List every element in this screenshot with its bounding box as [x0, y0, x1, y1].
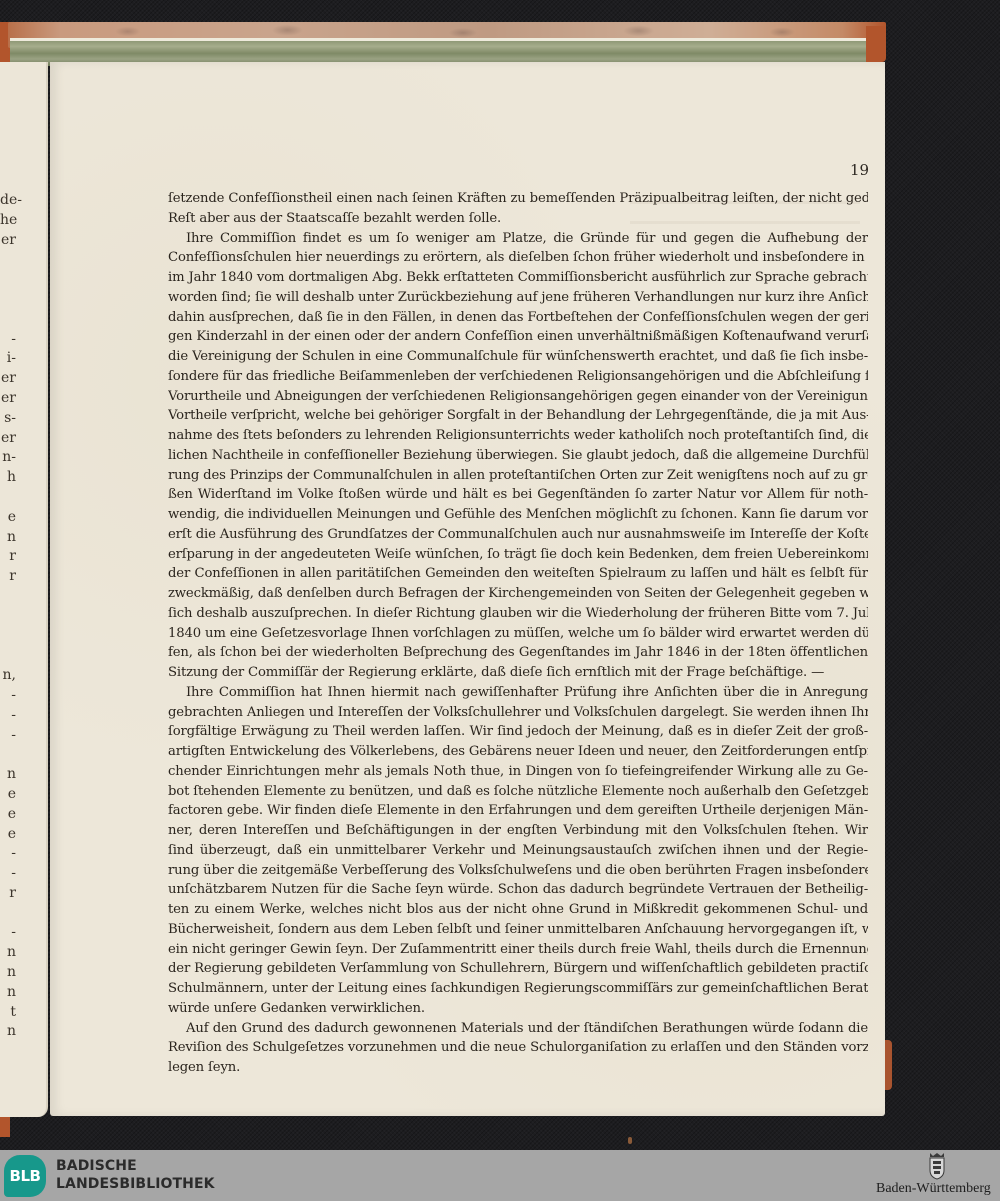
text-line: erſparung in der angedeuteten Weiſe wünſ… — [168, 545, 868, 565]
text-line: gen Kinderzahl in der einen oder der and… — [168, 327, 868, 347]
text-line: im Jahr 1840 vom dortmaligen Abg. Bekk e… — [168, 268, 868, 288]
text-line: lichen Nachtheile in confeſſioneller Bez… — [168, 446, 868, 466]
text-line: fen, als ſchon bei der wiederholten Beſp… — [168, 643, 868, 663]
text-line: Auf den Grund des dadurch gewonnenen Mat… — [168, 1019, 868, 1039]
text-line: würde unſere Gedanken verwirklichen. — [168, 999, 868, 1019]
text-line: chender Einrichtungen mehr als jemals No… — [168, 762, 868, 782]
text-line: unſchätzbarem Nutzen für die Sache ſeyn … — [168, 880, 868, 900]
text-line: wendig, die individuellen Meinungen und … — [168, 505, 868, 525]
text-line: Reviſion des Schulgeſetzes vorzunehmen u… — [168, 1038, 868, 1058]
text-line: Ihre Commiſſion hat Ihnen hiermit nach g… — [168, 683, 868, 703]
text-line: der Regierung gebildeten Verſammlung von… — [168, 959, 868, 979]
baden-wuerttemberg-crest-icon — [927, 1152, 947, 1180]
text-line: Ihre Commiſſion findet es um ſo weniger … — [168, 229, 868, 249]
page-number: 19 — [850, 161, 869, 179]
text-line: ſorgfältige Erwägung zu Theil werden laſ… — [168, 722, 868, 742]
scanned-book-spread: de- he er - i- er er s- er n- h e n r r … — [0, 0, 1000, 1148]
text-line: Vortheile verſpricht, welche bei gehörig… — [168, 406, 868, 426]
text-line: der Confeſſionen in allen paritätiſchen … — [168, 564, 868, 584]
text-line: ſich deshalb auszuſprechen. In dieſer Ri… — [168, 604, 868, 624]
previous-page-text-fragments: de- he er - i- er er s- er n- h e n r r … — [0, 191, 16, 1042]
viewer-footer-bar: BLB BADISCHE LANDESBIBLIOTHEK Baden-Würt… — [0, 1150, 1000, 1201]
text-line: artigſten Entwickelung des Völkerlebens,… — [168, 742, 868, 762]
text-line: worden ſind; ſie will deshalb unter Zurü… — [168, 288, 868, 308]
state-name[interactable]: Baden-Württemberg — [876, 1181, 991, 1197]
text-line: rung des Prinzips der Communalſchulen in… — [168, 466, 868, 486]
text-line: rung über die zeitgemäße Verbeſſerung de… — [168, 861, 868, 881]
text-line: Bücherweisheit, ſondern aus dem Leben ſe… — [168, 920, 868, 940]
library-name-line2: LANDESBIBLIOTHEK — [56, 1175, 215, 1193]
text-line: Reſt aber aus der Staatscaſſe bezahlt we… — [168, 209, 868, 229]
page-body-text: ſetzende Confeſſionstheil einen nach ſei… — [168, 189, 868, 1078]
text-line: ſind überzeugt, daß ein unmittelbarer Ve… — [168, 841, 868, 861]
previous-page-edge: de- he er - i- er er s- er n- h e n r r … — [0, 62, 48, 1117]
text-line: dahin ausſprechen, daß ſie in den Fällen… — [168, 308, 868, 328]
ink-spot — [628, 1137, 632, 1144]
text-line: ein nicht geringer Gewin ſeyn. Der Zuſam… — [168, 940, 868, 960]
text-line: gebrachten Anliegen und Intereſſen der V… — [168, 703, 868, 723]
text-line: 1840 um eine Geſetzesvorlage Ihnen vorſc… — [168, 624, 868, 644]
text-line: Schulmännern, unter der Leitung eines ſa… — [168, 979, 868, 999]
text-line: ſetzende Confeſſionstheil einen nach ſei… — [168, 189, 868, 209]
text-line: ßen Widerſtand im Volke ſtoßen würde und… — [168, 485, 868, 505]
text-line: factoren gebe. Wir finden dieſe Elemente… — [168, 801, 868, 821]
text-line: ten zu einem Werke, welches nicht blos a… — [168, 900, 868, 920]
text-line: ner, deren Intereſſen und Beſchäftigunge… — [168, 821, 868, 841]
text-line: ſondere für das friedliche Beiſammenlebe… — [168, 367, 868, 387]
text-line: bot ſtehenden Elemente zu benützen, und … — [168, 782, 868, 802]
text-line: legen ſeyn. — [168, 1058, 868, 1078]
text-line: Confeſſionsſchulen hier neuerdings zu er… — [168, 248, 868, 268]
text-line: erſt die Ausführung des Grundſatzes der … — [168, 525, 868, 545]
text-line: die Vereinigung der Schulen in eine Comm… — [168, 347, 868, 367]
text-line: Vorurtheile und Abneigungen der verſchie… — [168, 387, 868, 407]
library-name-line1: BADISCHE — [56, 1157, 215, 1175]
text-line: Sitzung der Commiſſär der Regierung erkl… — [168, 663, 868, 683]
text-line: zweckmäßig, daß denſelben durch Befragen… — [168, 584, 868, 604]
book-cover-corner — [866, 26, 886, 62]
library-name[interactable]: BADISCHE LANDESBIBLIOTHEK — [56, 1157, 215, 1193]
text-line: nahme des ſtets beſonders zu lehrenden R… — [168, 426, 868, 446]
book-page: 19 ſetzende Confeſſionstheil einen nach … — [50, 62, 885, 1116]
blb-logo-icon[interactable]: BLB — [4, 1155, 46, 1197]
